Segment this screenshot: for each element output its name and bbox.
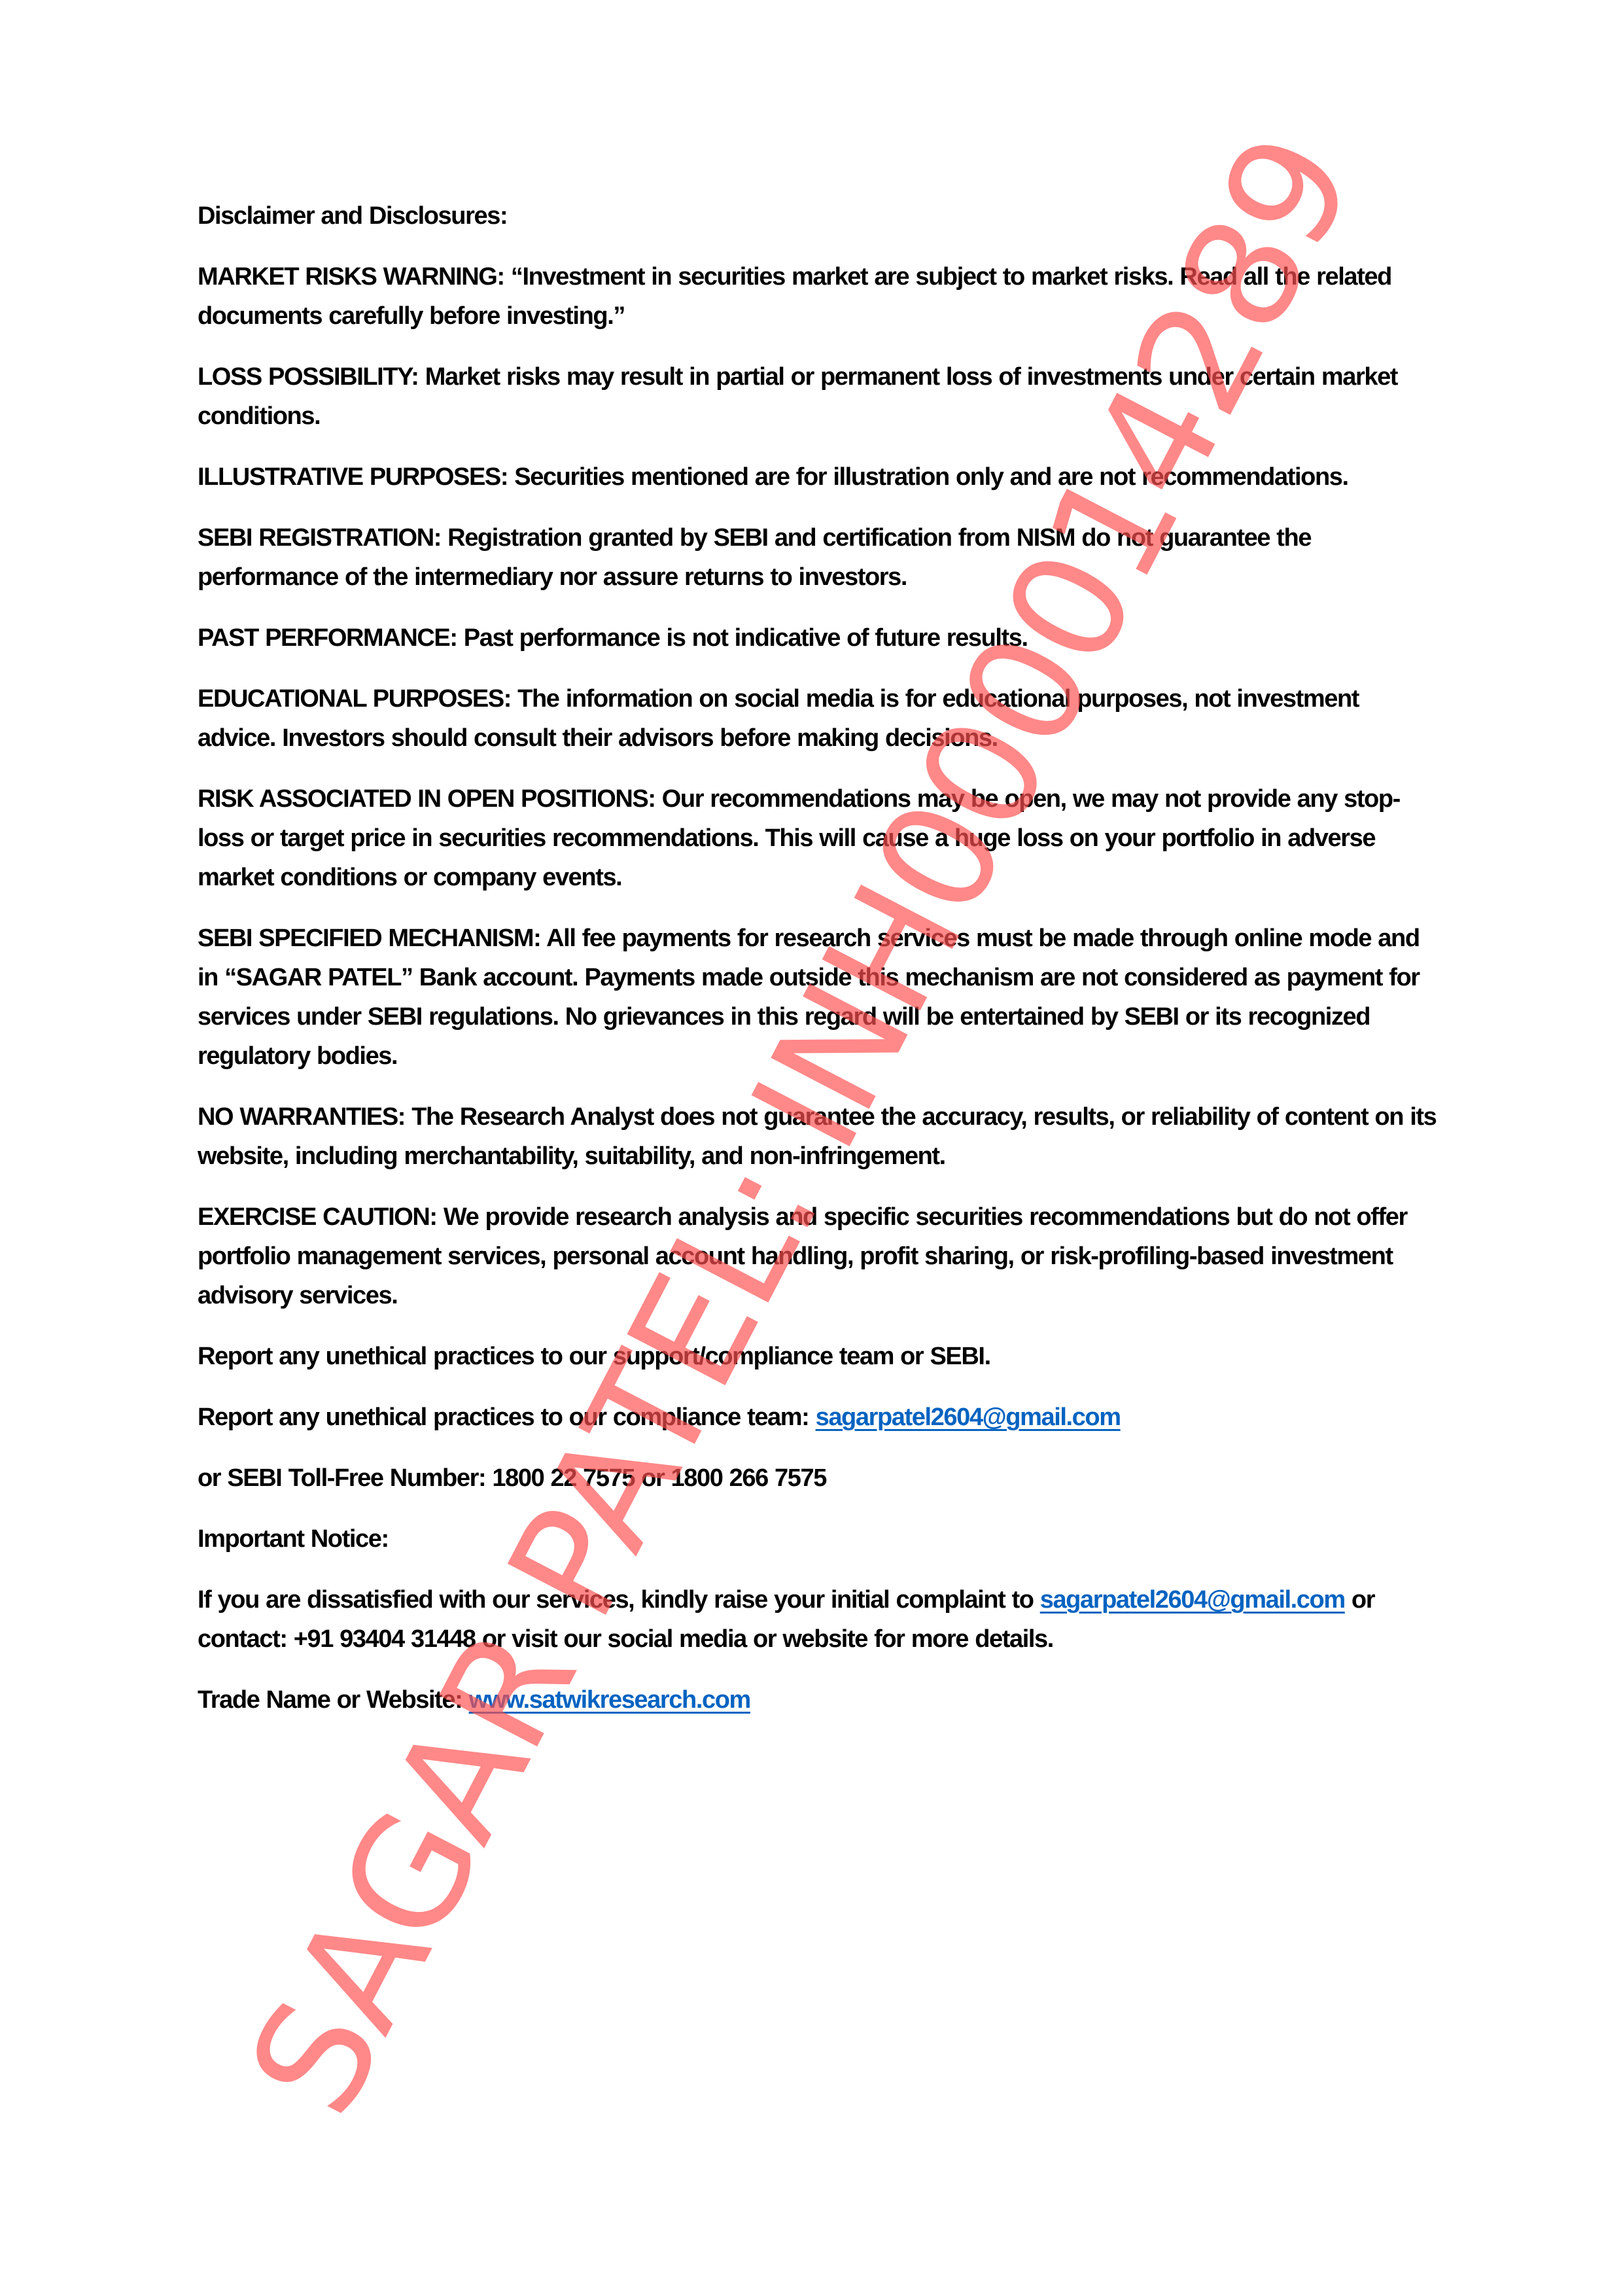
section-label: EXERCISE CAUTION:: [198, 1203, 437, 1231]
important-notice-text: If you are dissatisfied with our service…: [198, 1580, 1440, 1659]
report-line: Report any unethical practices to our su…: [198, 1337, 1440, 1376]
section-loss-possibility: LOSS POSSIBILITY: Market risks may resul…: [198, 357, 1440, 436]
section-past-performance: PAST PERFORMANCE: Past performance is no…: [198, 618, 1440, 658]
website-line: Trade Name or Website: www.satwikresearc…: [198, 1680, 1440, 1720]
toll-free-line: or SEBI Toll-Free Number: 1800 22 7575 o…: [198, 1458, 1440, 1498]
section-label: NO WARRANTIES:: [198, 1103, 405, 1131]
section-label: SEBI SPECIFIED MECHANISM:: [198, 925, 540, 952]
compliance-email-link[interactable]: sagarpatel2604@gmail.com: [816, 1404, 1121, 1431]
compliance-text: Report any unethical practices to our co…: [198, 1404, 816, 1431]
section-illustrative-purposes: ILLUSTRATIVE PURPOSES: Securities mentio…: [198, 457, 1440, 497]
notice-email-link[interactable]: sagarpatel2604@gmail.com: [1040, 1586, 1345, 1614]
section-label: EDUCATIONAL PURPOSES:: [198, 685, 511, 713]
compliance-line: Report any unethical practices to our co…: [198, 1398, 1440, 1437]
section-no-warranties: NO WARRANTIES: The Research Analyst does…: [198, 1097, 1440, 1176]
section-label: MARKET RISKS WARNING:: [198, 263, 504, 291]
section-open-positions-risk: RISK ASSOCIATED IN OPEN POSITIONS: Our r…: [198, 779, 1440, 897]
notice-text-before: If you are dissatisfied with our service…: [198, 1586, 1040, 1614]
website-link[interactable]: www.satwikresearch.com: [469, 1686, 750, 1714]
section-sebi-registration: SEBI REGISTRATION: Registration granted …: [198, 518, 1440, 597]
section-label: ILLUSTRATIVE PURPOSES:: [198, 463, 508, 491]
website-label: Trade Name or Website:: [198, 1686, 469, 1714]
disclaimer-document: Disclaimer and Disclosures: MARKET RISKS…: [198, 196, 1440, 1741]
section-market-risks: MARKET RISKS WARNING: “Investment in sec…: [198, 257, 1440, 336]
section-label: RISK ASSOCIATED IN OPEN POSITIONS:: [198, 785, 655, 813]
important-notice-heading: Important Notice:: [198, 1519, 1440, 1559]
section-text: Securities mentioned are for illustratio…: [508, 463, 1348, 491]
section-label: LOSS POSSIBILITY:: [198, 363, 419, 391]
section-sebi-mechanism: SEBI SPECIFIED MECHANISM: All fee paymen…: [198, 919, 1440, 1076]
section-label: SEBI REGISTRATION:: [198, 524, 441, 552]
document-heading: Disclaimer and Disclosures:: [198, 196, 1440, 236]
section-label: PAST PERFORMANCE:: [198, 624, 457, 652]
section-educational-purposes: EDUCATIONAL PURPOSES: The information on…: [198, 679, 1440, 758]
section-exercise-caution: EXERCISE CAUTION: We provide research an…: [198, 1197, 1440, 1315]
section-text: Past performance is not indicative of fu…: [457, 624, 1028, 652]
